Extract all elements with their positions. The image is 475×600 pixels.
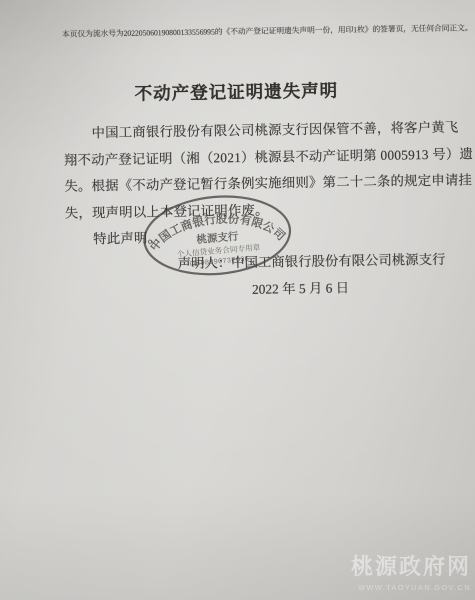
signature-page-disclaimer: 本页仅为流水号为202205060190800133556995的《不动产登记证… <box>62 22 466 39</box>
document-page: 本页仅为流水号为202205060190800133556995的《不动产登记证… <box>0 0 475 600</box>
seal-branch-name: 桃源支行 <box>196 230 239 247</box>
document-title: 不动产登记证明遗失声明 <box>0 75 474 107</box>
watermark-url: WWW.TAOYUAN.GOV.CN <box>351 583 471 592</box>
seal-code: QE9809073F036 <box>189 256 249 268</box>
bank-oval-seal: 中国工商银行股份有限公司 桃源支行 个人信贷业务合同专用章 QE9809073F… <box>137 187 298 284</box>
date-line: 2022 年 5 月 6 日 <box>252 277 349 298</box>
watermark-text: 桃源政府网 <box>351 550 471 581</box>
site-watermark: 桃源政府网 WWW.TAOYUAN.GOV.CN <box>351 550 471 592</box>
